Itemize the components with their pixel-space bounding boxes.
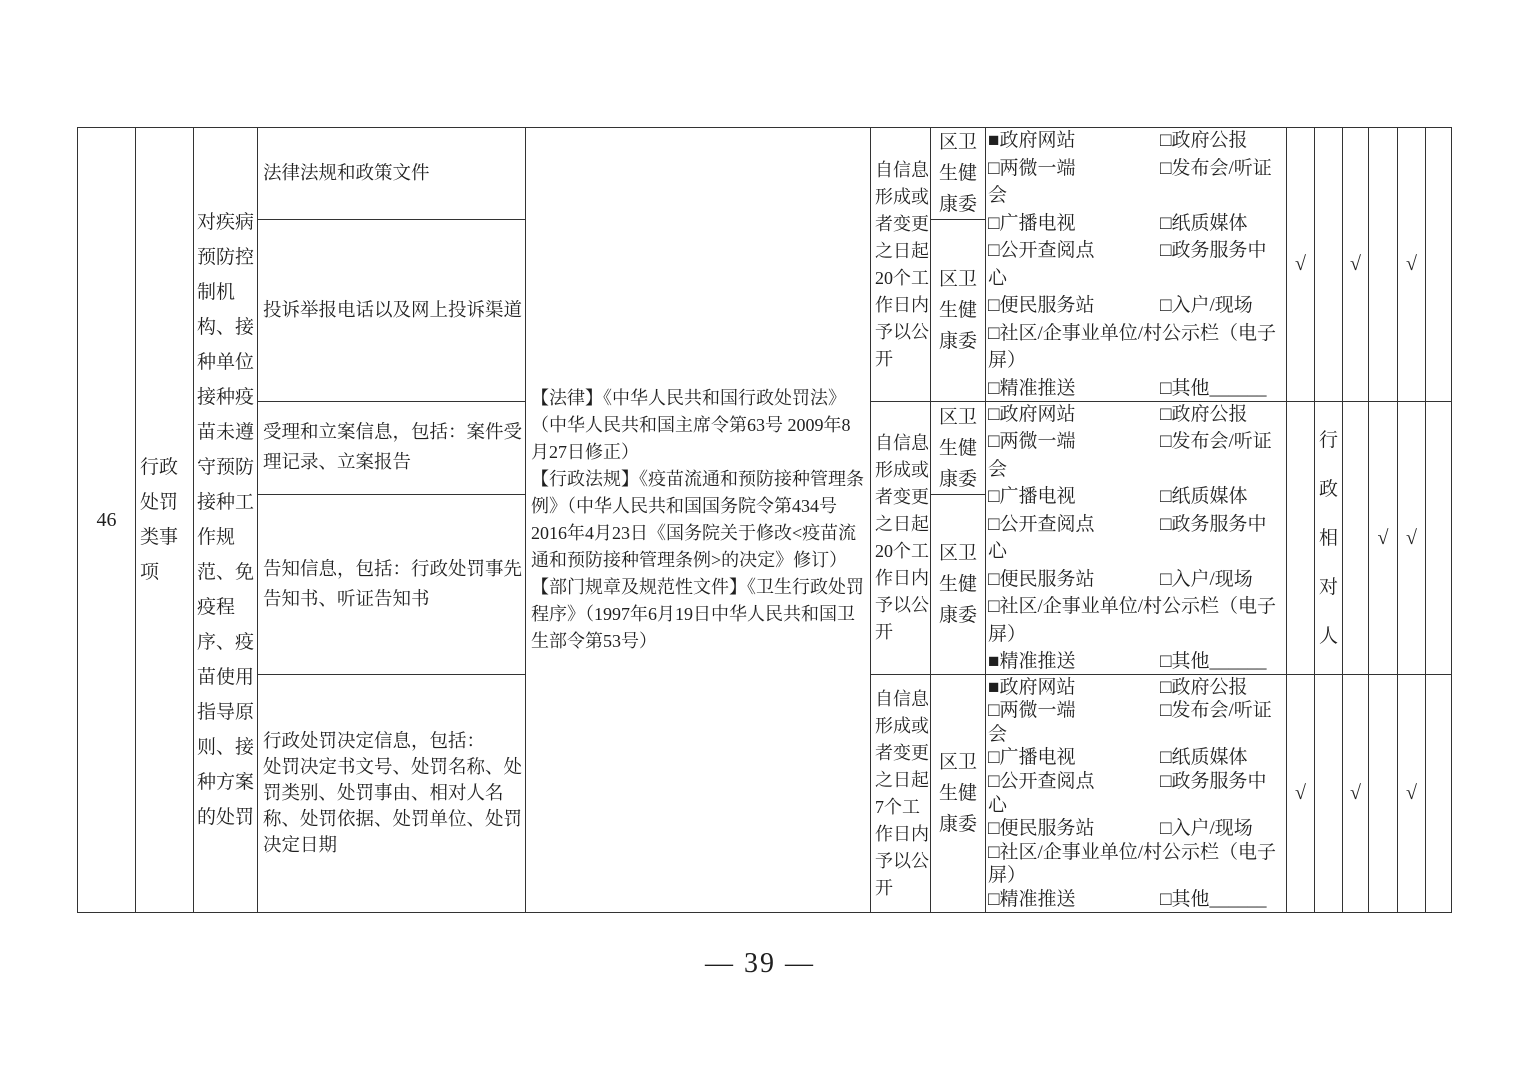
channel-option: 屏） — [988, 621, 1160, 649]
channel-line: □公开查阅点□政务服务中 — [988, 237, 1286, 265]
channel-option: □政务服务中 — [1160, 237, 1266, 265]
channel-line: ■精准推送□其他______ — [988, 648, 1286, 675]
channel-line: □社区/企事业单位/村公示栏（电子 — [988, 841, 1286, 865]
channel-line: □公开查阅点□政务服务中 — [988, 511, 1286, 539]
mark-cell-b2-c4: √ — [1369, 402, 1398, 675]
check-mark: √ — [1398, 782, 1425, 805]
responsible-unit-cell-1: 区卫生健康委 — [931, 128, 986, 220]
channel-option: 心 — [988, 794, 1160, 818]
channel-option: □两微一端 — [988, 155, 1160, 183]
channel-option: 屏） — [988, 347, 1160, 375]
seq-number: 46 — [97, 509, 117, 532]
administrative-counterpart-label: 行政相对人 — [1319, 416, 1339, 661]
legal-basis-regulation: 【行政法规】《疫苗流通和预防接种管理条例》（中华人民共和国国务院令第434号 2… — [531, 466, 868, 574]
channel-option: 会 — [988, 723, 1160, 747]
check-mark: √ — [1398, 527, 1425, 550]
channel-option: □社区/企事业单位/村公示栏（电子 — [988, 320, 1276, 348]
matter-text: 对疾病预防控制机构、接种单位接种疫苗未遵守预防接种工作规范、免疫程序、疫苗使用指… — [194, 205, 257, 835]
mark-cell-b2-c6 — [1426, 402, 1452, 675]
check-mark: √ — [1369, 527, 1397, 550]
mark-cell-b1-c5: √ — [1398, 128, 1426, 402]
channel-line: □两微一端□发布会/听证 — [988, 699, 1286, 723]
channel-option: □便民服务站 — [988, 566, 1160, 594]
mark-cell-b1-c2 — [1315, 128, 1343, 402]
time-limit-cell-3: 自信息形成或者变更之日起7个工作日内予以公开 — [871, 675, 931, 913]
channel-line: 屏） — [988, 347, 1286, 375]
channel-option: □精准推送 — [988, 375, 1160, 403]
mark-cell-b2-c1 — [1287, 402, 1315, 675]
channel-checkbox-list-1: ■政府网站□政府公报□两微一端□发布会/听证会□广播电视□纸质媒体□公开查阅点□… — [986, 128, 1287, 402]
responsible-unit-text: 区卫生健康委 — [931, 128, 985, 220]
channel-option: □公开查阅点 — [988, 770, 1160, 794]
channel-line: 屏） — [988, 864, 1286, 888]
content-item-cell-5: 行政处罚决定信息，包括： 处罚决定书文号、处罚名称、处罚类别、处罚事由、相对人名… — [258, 675, 526, 913]
check-mark: √ — [1398, 253, 1425, 276]
mark-cell-b1-c4 — [1369, 128, 1398, 402]
legal-basis-law: 【法律】《中华人民共和国行政处罚法》（中华人民共和国主席令第63号 2009年8… — [531, 385, 868, 466]
channel-option: □政务服务中 — [1160, 770, 1266, 794]
content-item-cell-2: 投诉举报电话以及网上投诉渠道 — [258, 220, 526, 402]
channel-option: □政务服务中 — [1160, 511, 1266, 539]
content-item-text: 告知信息，包括：行政处罚事先告知书、听证告知书 — [258, 555, 525, 615]
channel-option: □公开查阅点 — [988, 237, 1160, 265]
channel-option: 会 — [988, 182, 1160, 210]
channel-line: □两微一端□发布会/听证 — [988, 155, 1286, 183]
channel-option: □纸质媒体 — [1160, 210, 1247, 238]
channel-option: 心 — [988, 265, 1160, 293]
responsible-unit-text: 区卫生健康委 — [931, 264, 985, 357]
responsible-unit-cell-4: 区卫生健康委 — [931, 495, 986, 675]
check-mark: √ — [1343, 253, 1368, 276]
channel-option: □其他______ — [1160, 375, 1266, 403]
channel-line: □政府网站□政府公报 — [988, 402, 1286, 428]
channel-line: □社区/企事业单位/村公示栏（电子 — [988, 593, 1286, 621]
channel-option: □广播电视 — [988, 210, 1160, 238]
channel-option: □公开查阅点 — [988, 511, 1160, 539]
channel-line: 屏） — [988, 621, 1286, 649]
channel-option: □其他______ — [1160, 888, 1266, 912]
channel-option: □两微一端 — [988, 699, 1160, 723]
channel-line: □精准推送□其他______ — [988, 375, 1286, 403]
category-text: 行政处罚类事项 — [136, 450, 193, 590]
responsible-unit-cell-3: 区卫生健康委 — [931, 402, 986, 495]
seq-cell: 46 — [78, 128, 136, 913]
channel-option: □政府网站 — [988, 402, 1160, 428]
channel-option: □政府公报 — [1160, 676, 1247, 700]
content-item-cell-1: 法律法规和政策文件 — [258, 128, 526, 220]
channel-option: □社区/企事业单位/村公示栏（电子 — [988, 593, 1276, 621]
content-item-text: 投诉举报电话以及网上投诉渠道 — [258, 296, 525, 326]
channel-line: ■政府网站□政府公报 — [988, 128, 1286, 155]
channel-line: □便民服务站□入户/现场 — [988, 292, 1286, 320]
channel-line: 会 — [988, 456, 1286, 484]
channel-line: 心 — [988, 538, 1286, 566]
channel-option: □精准推送 — [988, 888, 1160, 912]
page-number: — 39 — — [0, 948, 1520, 980]
channel-option: ■政府网站 — [988, 128, 1160, 155]
mark-cell-b3-c6 — [1426, 675, 1452, 913]
mark-cell-b3-c2 — [1315, 675, 1343, 913]
channel-line: 会 — [988, 182, 1286, 210]
mark-cell-b1-c6 — [1426, 128, 1452, 402]
content-item-cell-4: 告知信息，包括：行政处罚事先告知书、听证告知书 — [258, 495, 526, 675]
mark-cell-b2-c2: 行政相对人 — [1315, 402, 1343, 675]
channel-line: □广播电视□纸质媒体 — [988, 210, 1286, 238]
channel-option: ■政府网站 — [988, 676, 1160, 700]
channel-option: ■精准推送 — [988, 648, 1160, 675]
mark-cell-b3-c1: √ — [1287, 675, 1315, 913]
channel-option: □入户/现场 — [1160, 566, 1253, 594]
responsible-unit-text: 区卫生健康委 — [931, 747, 985, 840]
channel-option: □便民服务站 — [988, 817, 1160, 841]
channel-line: 心 — [988, 265, 1286, 293]
channel-option: 屏） — [988, 864, 1160, 888]
channel-line: □广播电视□纸质媒体 — [988, 746, 1286, 770]
channel-option: □政府公报 — [1160, 128, 1247, 155]
channel-option: □社区/企事业单位/村公示栏（电子 — [988, 841, 1276, 865]
time-limit-text: 自信息形成或者变更之日起20个工作日内予以公开 — [871, 430, 930, 646]
mark-cell-b2-c3 — [1343, 402, 1369, 675]
channel-checkbox-list-3: ■政府网站□政府公报□两微一端□发布会/听证会□广播电视□纸质媒体□公开查阅点□… — [986, 675, 1287, 913]
mark-cell-b1-c3: √ — [1343, 128, 1369, 402]
channel-line: □社区/企事业单位/村公示栏（电子 — [988, 320, 1286, 348]
channel-option: □广播电视 — [988, 746, 1160, 770]
matter-cell: 对疾病预防控制机构、接种单位接种疫苗未遵守预防接种工作规范、免疫程序、疫苗使用指… — [194, 128, 258, 913]
channel-option: 心 — [988, 538, 1160, 566]
legal-basis-cell: 【法律】《中华人民共和国行政处罚法》（中华人民共和国主席令第63号 2009年8… — [526, 128, 871, 913]
channel-option: □发布会/听证 — [1160, 699, 1272, 723]
mark-cell-b1-c1: √ — [1287, 128, 1315, 402]
content-item-text: 行政处罚决定信息，包括： 处罚决定书文号、处罚名称、处罚类别、处罚事由、相对人名… — [258, 729, 525, 859]
disclosure-table: 46 行政处罚类事项 对疾病预防控制机构、接种单位接种疫苗未遵守预防接种工作规范… — [77, 127, 1452, 913]
responsible-unit-cell-5: 区卫生健康委 — [931, 675, 986, 913]
content-item-text: 受理和立案信息，包括：案件受理记录、立案报告 — [258, 418, 525, 478]
check-mark: √ — [1287, 253, 1314, 276]
channel-checkbox-list-2: □政府网站□政府公报□两微一端□发布会/听证会□广播电视□纸质媒体□公开查阅点□… — [986, 402, 1287, 675]
category-cell: 行政处罚类事项 — [136, 128, 194, 913]
channel-line: □便民服务站□入户/现场 — [988, 566, 1286, 594]
mark-cell-b2-c5: √ — [1398, 402, 1426, 675]
channel-option: □发布会/听证 — [1160, 428, 1272, 456]
channel-line: □广播电视□纸质媒体 — [988, 483, 1286, 511]
channel-option: □政府公报 — [1160, 402, 1247, 428]
channel-line: □两微一端□发布会/听证 — [988, 428, 1286, 456]
check-mark: √ — [1287, 782, 1314, 805]
channel-line: 会 — [988, 723, 1286, 747]
channel-option: □发布会/听证 — [1160, 155, 1272, 183]
channel-option: □入户/现场 — [1160, 817, 1253, 841]
time-limit-cell-1: 自信息形成或者变更之日起20个工作日内予以公开 — [871, 128, 931, 402]
channel-line: ■政府网站□政府公报 — [988, 676, 1286, 700]
responsible-unit-text: 区卫生健康委 — [931, 538, 985, 631]
channel-option: 会 — [988, 456, 1160, 484]
channel-option: □纸质媒体 — [1160, 483, 1247, 511]
responsible-unit-text: 区卫生健康委 — [931, 402, 985, 495]
mark-cell-b3-c3: √ — [1343, 675, 1369, 913]
legal-basis-rules: 【部门规章及规范性文件】《卫生行政处罚程序》（1997年6月19日中华人民共和国… — [531, 574, 868, 655]
content-item-cell-3: 受理和立案信息，包括：案件受理记录、立案报告 — [258, 402, 526, 495]
check-mark: √ — [1343, 782, 1368, 805]
content-item-text: 法律法规和政策文件 — [258, 159, 525, 189]
channel-line: □便民服务站□入户/现场 — [988, 817, 1286, 841]
channel-line: □精准推送□其他______ — [988, 888, 1286, 912]
mark-cell-b3-c5: √ — [1398, 675, 1426, 913]
mark-cell-b3-c4 — [1369, 675, 1398, 913]
time-limit-text: 自信息形成或者变更之日起7个工作日内予以公开 — [871, 686, 930, 902]
channel-option: □便民服务站 — [988, 292, 1160, 320]
channel-option: □纸质媒体 — [1160, 746, 1247, 770]
channel-line: □公开查阅点□政务服务中 — [988, 770, 1286, 794]
channel-option: □入户/现场 — [1160, 292, 1253, 320]
channel-line: 心 — [988, 794, 1286, 818]
time-limit-cell-2: 自信息形成或者变更之日起20个工作日内予以公开 — [871, 402, 931, 675]
time-limit-text: 自信息形成或者变更之日起20个工作日内予以公开 — [871, 157, 930, 373]
channel-option: □广播电视 — [988, 483, 1160, 511]
channel-option: □其他______ — [1160, 648, 1266, 675]
responsible-unit-cell-2: 区卫生健康委 — [931, 220, 986, 402]
channel-option: □两微一端 — [988, 428, 1160, 456]
